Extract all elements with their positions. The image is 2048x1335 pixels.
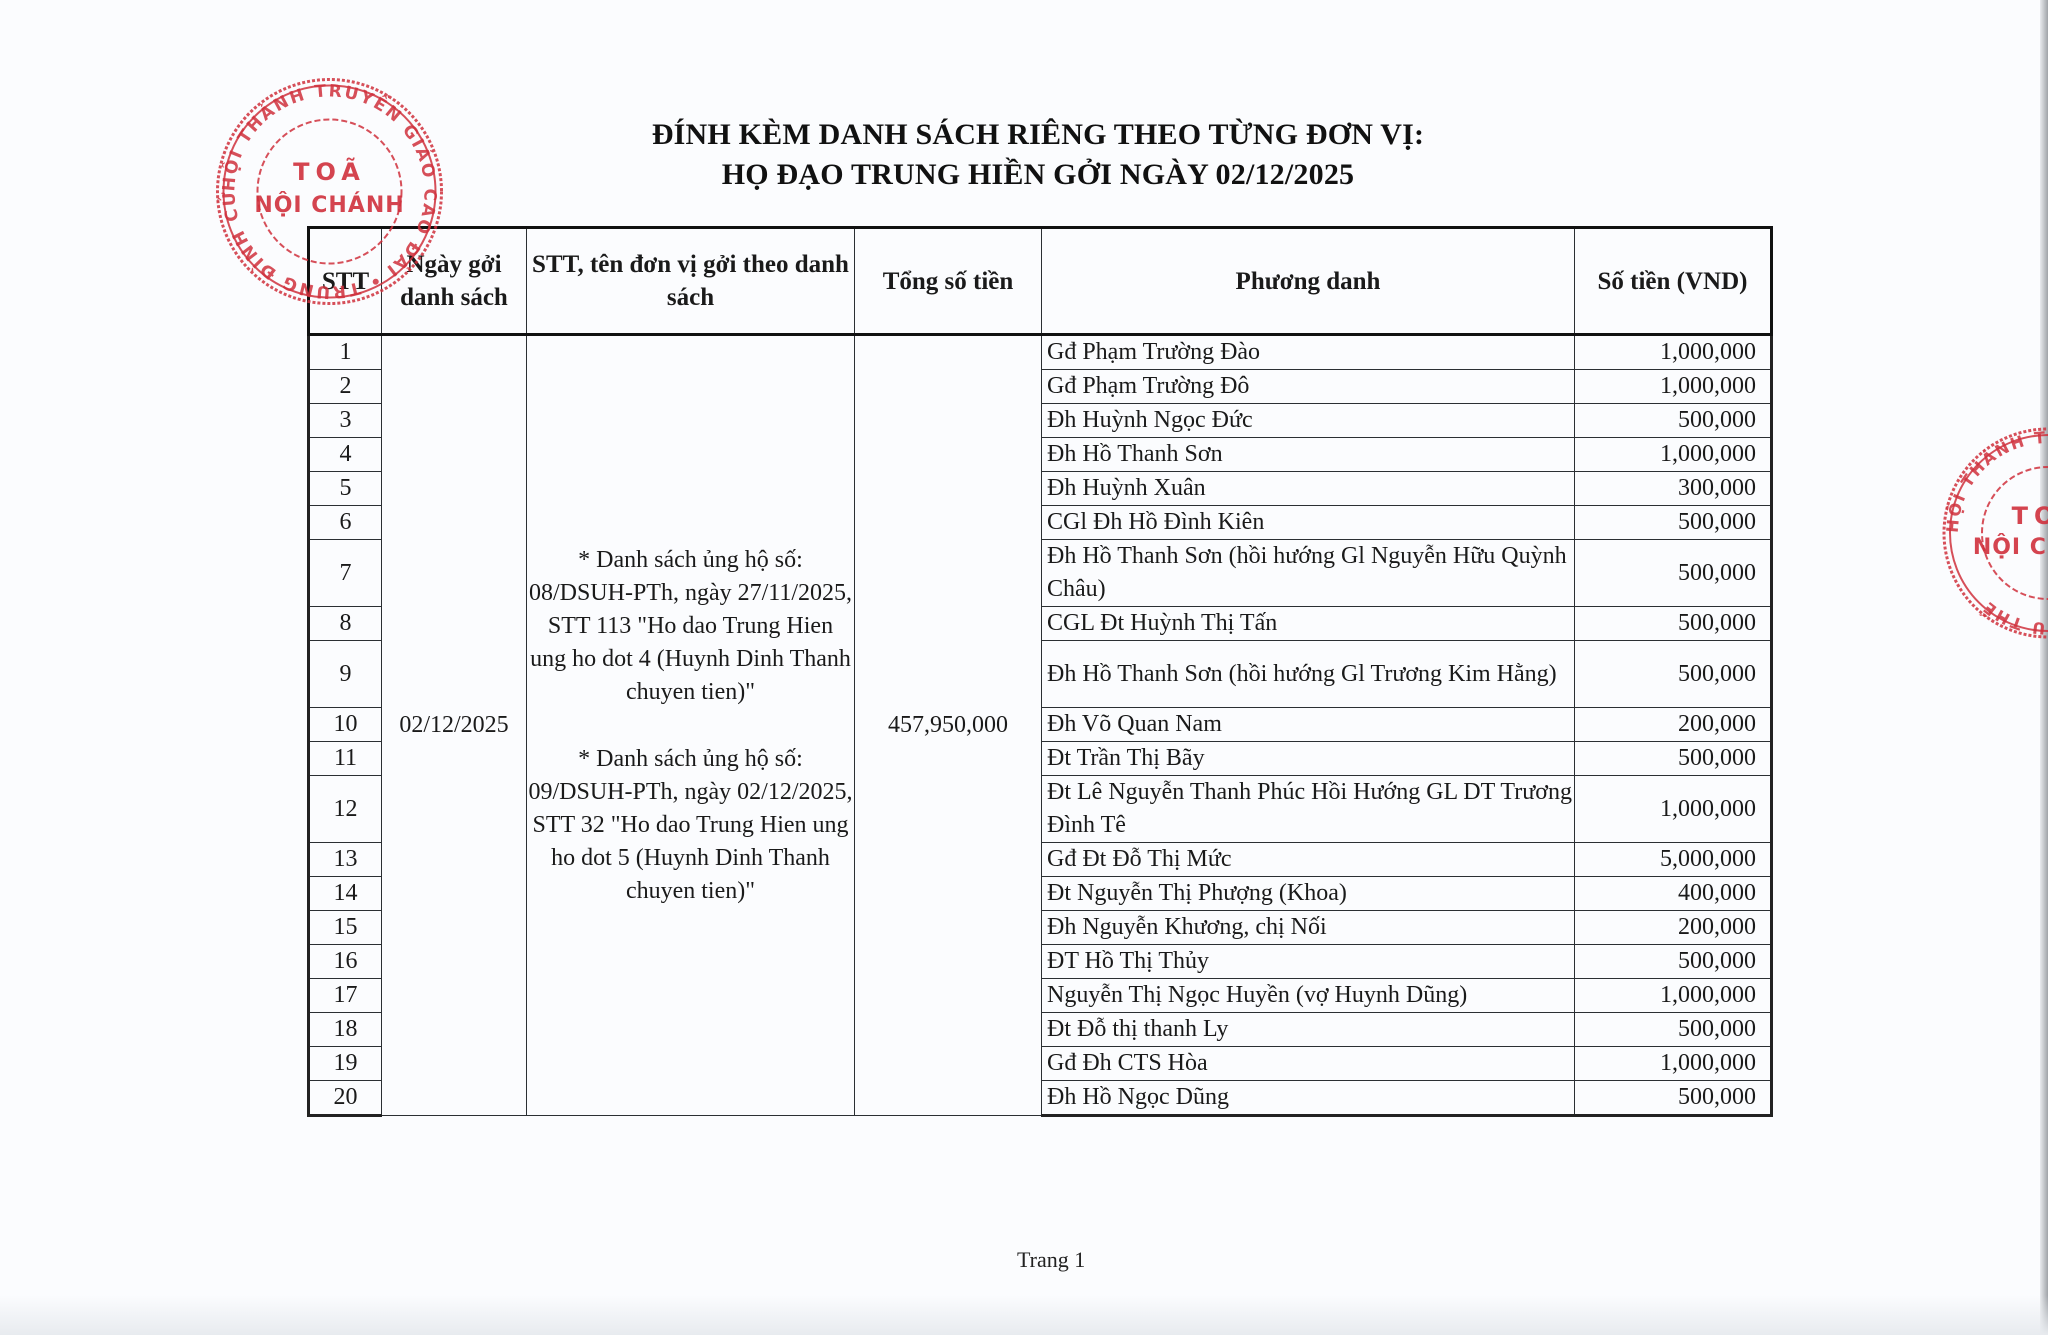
row-donor-name: Gđ Phạm Trường Đào <box>1042 335 1575 370</box>
table-row: 102/12/2025* Danh sách ủng hộ số: 08/DSU… <box>309 335 1772 370</box>
right-seal-stamp: HỘI THÁNH TRUYỀN GIÁO CAO ĐÀI • CỬU THẾ … <box>1928 418 2048 648</box>
row-stt: 10 <box>309 708 382 742</box>
scan-shadow <box>0 1295 2048 1335</box>
row-amount: 1,000,000 <box>1575 979 1772 1013</box>
svg-text:HỘI THÁNH TRUYỀN GIÁO CAO ĐÀI: HỘI THÁNH TRUYỀN GIÁO CAO ĐÀI • CỬU THẾ <box>1943 428 2048 641</box>
row-amount: 500,000 <box>1575 742 1772 776</box>
row-donor-name: Đt Trần Thị Bãy <box>1042 742 1575 776</box>
row-donor-name: CGL Đt Huỳnh Thị Tấn <box>1042 607 1575 641</box>
donation-table: STT Ngày gởi danh sách STT, tên đơn vị g… <box>307 226 1773 1117</box>
seal-icon: HỘI THÁNH TRUYỀN GIÁO CAO ĐÀI • TRUNG ĐÌ… <box>212 74 447 309</box>
row-donor-name: Đh Huỳnh Xuân <box>1042 472 1575 506</box>
row-amount: 500,000 <box>1575 641 1772 708</box>
row-stt: 16 <box>309 945 382 979</box>
row-donor-name: Đt Nguyễn Thị Phượng (Khoa) <box>1042 877 1575 911</box>
row-donor-name: Đh Nguyễn Khương, chị Nối <box>1042 911 1575 945</box>
row-amount: 1,000,000 <box>1575 370 1772 404</box>
header-amount: Số tiền (VND) <box>1575 228 1772 335</box>
row-amount: 200,000 <box>1575 911 1772 945</box>
row-amount: 500,000 <box>1575 506 1772 540</box>
row-stt: 8 <box>309 607 382 641</box>
row-amount: 500,000 <box>1575 945 1772 979</box>
merged-unit-cell: * Danh sách ủng hộ số: 08/DSUH-PTh, ngày… <box>527 335 855 1116</box>
svg-text:TOÃ: TOÃ <box>293 157 366 186</box>
row-stt: 3 <box>309 404 382 438</box>
row-stt: 11 <box>309 742 382 776</box>
row-amount: 300,000 <box>1575 472 1772 506</box>
svg-text:NỘI CHÁNH: NỘI CHÁNH <box>254 191 404 218</box>
row-donor-name: Gđ Đh CTS Hòa <box>1042 1047 1575 1081</box>
merged-total-cell: 457,950,000 <box>855 335 1042 1116</box>
row-stt: 1 <box>309 335 382 370</box>
row-amount: 1,000,000 <box>1575 1047 1772 1081</box>
row-stt: 15 <box>309 911 382 945</box>
svg-text:NỘI CHÁNH: NỘI CHÁNH <box>1973 533 2048 560</box>
row-stt: 6 <box>309 506 382 540</box>
merged-date-cell: 02/12/2025 <box>382 335 527 1116</box>
row-amount: 5,000,000 <box>1575 843 1772 877</box>
row-stt: 12 <box>309 776 382 843</box>
row-stt: 17 <box>309 979 382 1013</box>
header-name: Phương danh <box>1042 228 1575 335</box>
row-amount: 500,000 <box>1575 1081 1772 1116</box>
row-donor-name: Nguyễn Thị Ngọc Huyền (vợ Huynh Dũng) <box>1042 979 1575 1013</box>
row-donor-name: Đt Đỗ thị thanh Ly <box>1042 1013 1575 1047</box>
row-donor-name: Đh Hồ Thanh Sơn (hồi hướng Gl Nguyễn Hữu… <box>1042 540 1575 607</box>
unit-note-gap <box>527 709 854 743</box>
row-donor-name: Đt Lê Nguyễn Thanh Phúc Hồi Hướng GL DT … <box>1042 776 1575 843</box>
header-unit: STT, tên đơn vị gởi theo danh sách <box>527 228 855 335</box>
row-donor-name: CGl Đh Hồ Đình Kiên <box>1042 506 1575 540</box>
row-amount: 500,000 <box>1575 404 1772 438</box>
row-stt: 18 <box>309 1013 382 1047</box>
row-stt: 5 <box>309 472 382 506</box>
row-stt: 20 <box>309 1081 382 1116</box>
row-donor-name: Đh Võ Quan Nam <box>1042 708 1575 742</box>
row-amount: 500,000 <box>1575 1013 1772 1047</box>
page-edge <box>2040 0 2048 1335</box>
row-amount: 400,000 <box>1575 877 1772 911</box>
row-donor-name: Gđ Phạm Trường Đô <box>1042 370 1575 404</box>
row-stt: 9 <box>309 641 382 708</box>
row-donor-name: Gđ Đt Đỗ Thị Mức <box>1042 843 1575 877</box>
row-donor-name: Đh Hồ Ngọc Dũng <box>1042 1081 1575 1116</box>
row-stt: 4 <box>309 438 382 472</box>
row-amount: 500,000 <box>1575 607 1772 641</box>
row-stt: 7 <box>309 540 382 607</box>
row-amount: 200,000 <box>1575 708 1772 742</box>
unit-note-1: * Danh sách ủng hộ số: 08/DSUH-PTh, ngày… <box>527 544 854 709</box>
svg-text:TOÃ: TOÃ <box>2012 501 2048 530</box>
row-amount: 1,000,000 <box>1575 335 1772 370</box>
row-donor-name: ĐT Hồ Thị Thủy <box>1042 945 1575 979</box>
row-amount: 500,000 <box>1575 540 1772 607</box>
row-amount: 1,000,000 <box>1575 438 1772 472</box>
row-donor-name: Đh Hồ Thanh Sơn (hồi hướng Gl Trương Kim… <box>1042 641 1575 708</box>
unit-note-2: * Danh sách ủng hộ số: 09/DSUH-PTh, ngày… <box>527 743 854 908</box>
page-number: Trang 1 <box>1017 1247 1085 1273</box>
row-stt: 14 <box>309 877 382 911</box>
row-stt: 2 <box>309 370 382 404</box>
row-stt: 19 <box>309 1047 382 1081</box>
table-header-row: STT Ngày gởi danh sách STT, tên đơn vị g… <box>309 228 1772 335</box>
row-stt: 13 <box>309 843 382 877</box>
header-total: Tổng số tiền <box>855 228 1042 335</box>
left-seal-stamp: HỘI THÁNH TRUYỀN GIÁO CAO ĐÀI • TRUNG ĐÌ… <box>212 74 447 309</box>
seal-icon: HỘI THÁNH TRUYỀN GIÁO CAO ĐÀI • CỬU THẾ … <box>1928 418 2048 648</box>
row-donor-name: Đh Hồ Thanh Sơn <box>1042 438 1575 472</box>
row-donor-name: Đh Huỳnh Ngọc Đức <box>1042 404 1575 438</box>
row-amount: 1,000,000 <box>1575 776 1772 843</box>
